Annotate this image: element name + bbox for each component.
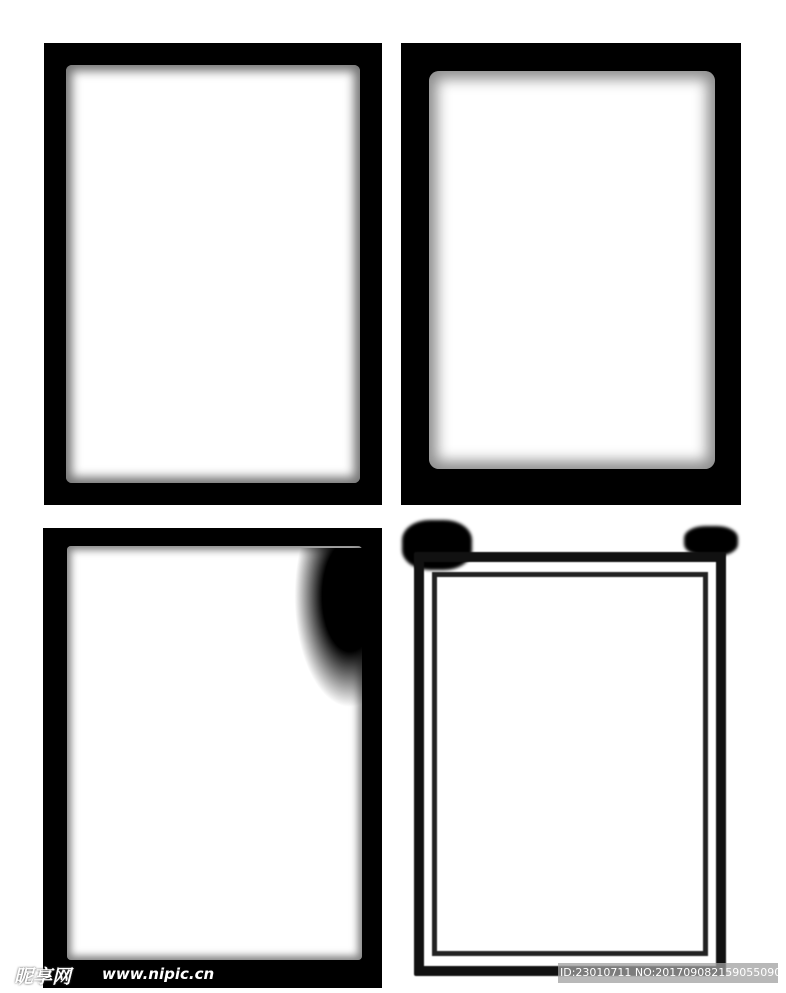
frame-2-opening [429,71,715,469]
grunge-frame-1 [44,43,382,505]
watermark-id: ID:23010711 NO:20170908215905509000 [558,963,778,983]
grunge-frame-2 [401,43,741,505]
grunge-frame-3 [43,528,382,988]
frame-4-inner-line [432,572,708,956]
frame-1-opening [66,65,360,483]
watermark-logo: 昵享网 [14,962,71,989]
grunge-frame-4 [402,520,738,990]
frame-3-ink-smear [294,548,364,708]
watermark-url: www.nipic.cn [102,965,214,983]
